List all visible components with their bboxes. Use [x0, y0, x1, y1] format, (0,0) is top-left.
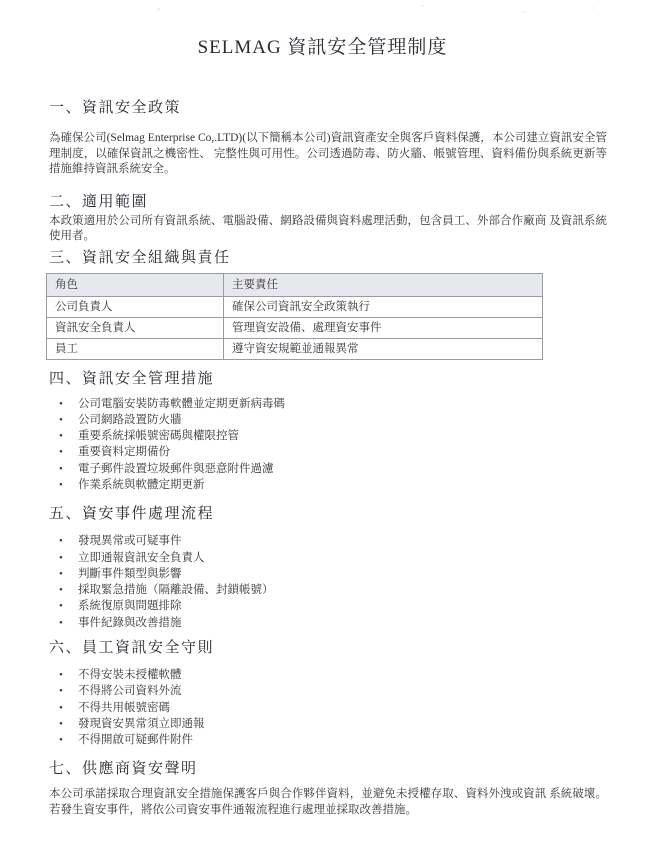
bullet-item: 發現異常或可疑事件	[49, 533, 607, 549]
table-header-role: 角色	[47, 273, 224, 296]
section-heading: 三、資訊安全組織與責任	[49, 249, 607, 268]
table-cell-role: 資訊安全負責人	[47, 317, 224, 338]
table-cell-role: 公司負責人	[47, 296, 224, 317]
section-heading: 二、適用範圍	[49, 193, 607, 212]
section-information-security-policy: 一、資訊安全政策 為確保公司(Selmag Enterprise Co,.LTD…	[49, 99, 607, 178]
table-cell-responsibility: 遵守資安規範並通報異常	[224, 338, 543, 359]
bullet-item: 採取緊急措施（隔離設備、封鎖帳號）	[49, 582, 607, 598]
bullet-item: 系統復原與問題排除	[49, 598, 607, 614]
bullet-item: 公司網路設置防火牆	[49, 412, 607, 428]
scan-speck	[420, 5, 424, 7]
section-incident-handling-process: 五、資安事件處理流程 發現異常或可疑事件 立即通報資訊安全負責人 判斷事件類型與…	[49, 505, 607, 631]
table-header-responsibility: 主要責任	[224, 273, 543, 296]
table-row: 公司負責人 確保公司資訊安全政策執行	[47, 296, 543, 317]
bullet-item: 不得將公司資料外流	[49, 683, 607, 699]
section-paragraph: 本公司承諾採取合理資訊安全措施保護客戶與合作夥伴資料，並避免未授權存取、資料外洩…	[49, 786, 607, 818]
table-cell-responsibility: 確保公司資訊安全政策執行	[224, 296, 543, 317]
section-employee-security-rules: 六、員工資訊安全守則 不得安裝未授權軟體 不得將公司資料外流 不得共用帳號密碼 …	[49, 639, 607, 748]
table-cell-responsibility: 管理資安設備、處理資安事件	[224, 317, 543, 338]
bullet-item: 立即通報資訊安全負責人	[49, 550, 607, 566]
bullet-item: 不得共用帳號密碼	[49, 700, 607, 716]
document-page: SELMAG 資訊安全管理制度 一、資訊安全政策 為確保公司(Selmag En…	[0, 0, 645, 852]
section-heading: 四、資訊安全管理措施	[49, 370, 607, 389]
scan-speck	[523, 11, 526, 13]
bullet-item: 電子郵件設置垃圾郵件與惡意附件過濾	[49, 461, 607, 477]
section-heading: 六、員工資訊安全守則	[49, 639, 607, 658]
document-body: 一、資訊安全政策 為確保公司(Selmag Enterprise Co,.LTD…	[0, 99, 645, 818]
bullet-item: 重要資料定期備份	[49, 444, 607, 460]
bullet-item: 不得開啟可疑郵件附件	[49, 732, 607, 748]
scan-speck	[592, 7, 594, 9]
section-scope: 二、適用範圍 本政策適用於公司所有資訊系統、電腦設備、網路設備與資料處理活動，包…	[49, 193, 607, 245]
section-supplier-security-statement: 七、供應商資安聲明 本公司承諾採取合理資訊安全措施保護客戶與合作夥伴資料，並避免…	[49, 760, 607, 818]
roles-table: 角色 主要責任 公司負責人 確保公司資訊安全政策執行 資訊安全負責人 管理資安設…	[46, 273, 543, 360]
document-title: SELMAG 資訊安全管理制度	[0, 0, 645, 61]
table-cell-role: 員工	[47, 338, 224, 359]
section-paragraph: 本政策適用於公司所有資訊系統、電腦設備、網路設備與資料處理活動，包含員工、外部合…	[49, 214, 607, 245]
bullet-item: 事件紀錄與改善措施	[49, 615, 607, 631]
bullet-item: 判斷事件類型與影響	[49, 566, 607, 582]
table-row: 資訊安全負責人 管理資安設備、處理資安事件	[47, 317, 543, 338]
bullet-list: 不得安裝未授權軟體 不得將公司資料外流 不得共用帳號密碼 發現資安異常須立即通報…	[49, 667, 607, 748]
bullet-item: 重要系統採帳號密碼與權限控管	[49, 428, 607, 444]
section-organization-and-responsibility: 三、資訊安全組織與責任 角色 主要責任 公司負責人 確保公司資訊安全政策執行 資…	[49, 249, 607, 360]
bullet-item: 公司電腦安裝防毒軟體並定期更新病毒碼	[49, 396, 607, 412]
bullet-item: 發現資安異常須立即通報	[49, 716, 607, 732]
scan-speck	[157, 8, 160, 10]
bullet-item: 不得安裝未授權軟體	[49, 667, 607, 683]
section-heading: 一、資訊安全政策	[49, 99, 607, 118]
bullet-list: 公司電腦安裝防毒軟體並定期更新病毒碼 公司網路設置防火牆 重要系統採帳號密碼與權…	[49, 396, 607, 494]
table-header-row: 角色 主要責任	[47, 273, 543, 296]
section-paragraph: 為確保公司(Selmag Enterprise Co,.LTD)(以下簡稱本公司…	[49, 131, 607, 178]
section-management-measures: 四、資訊安全管理措施 公司電腦安裝防毒軟體並定期更新病毒碼 公司網路設置防火牆 …	[49, 370, 607, 494]
bullet-item: 作業系統與軟體定期更新	[49, 477, 607, 493]
bullet-list: 發現異常或可疑事件 立即通報資訊安全負責人 判斷事件類型與影響 採取緊急措施（隔…	[49, 533, 607, 631]
section-heading: 七、供應商資安聲明	[49, 760, 607, 779]
section-heading: 五、資安事件處理流程	[49, 505, 607, 524]
table-row: 員工 遵守資安規範並通報異常	[47, 338, 543, 359]
